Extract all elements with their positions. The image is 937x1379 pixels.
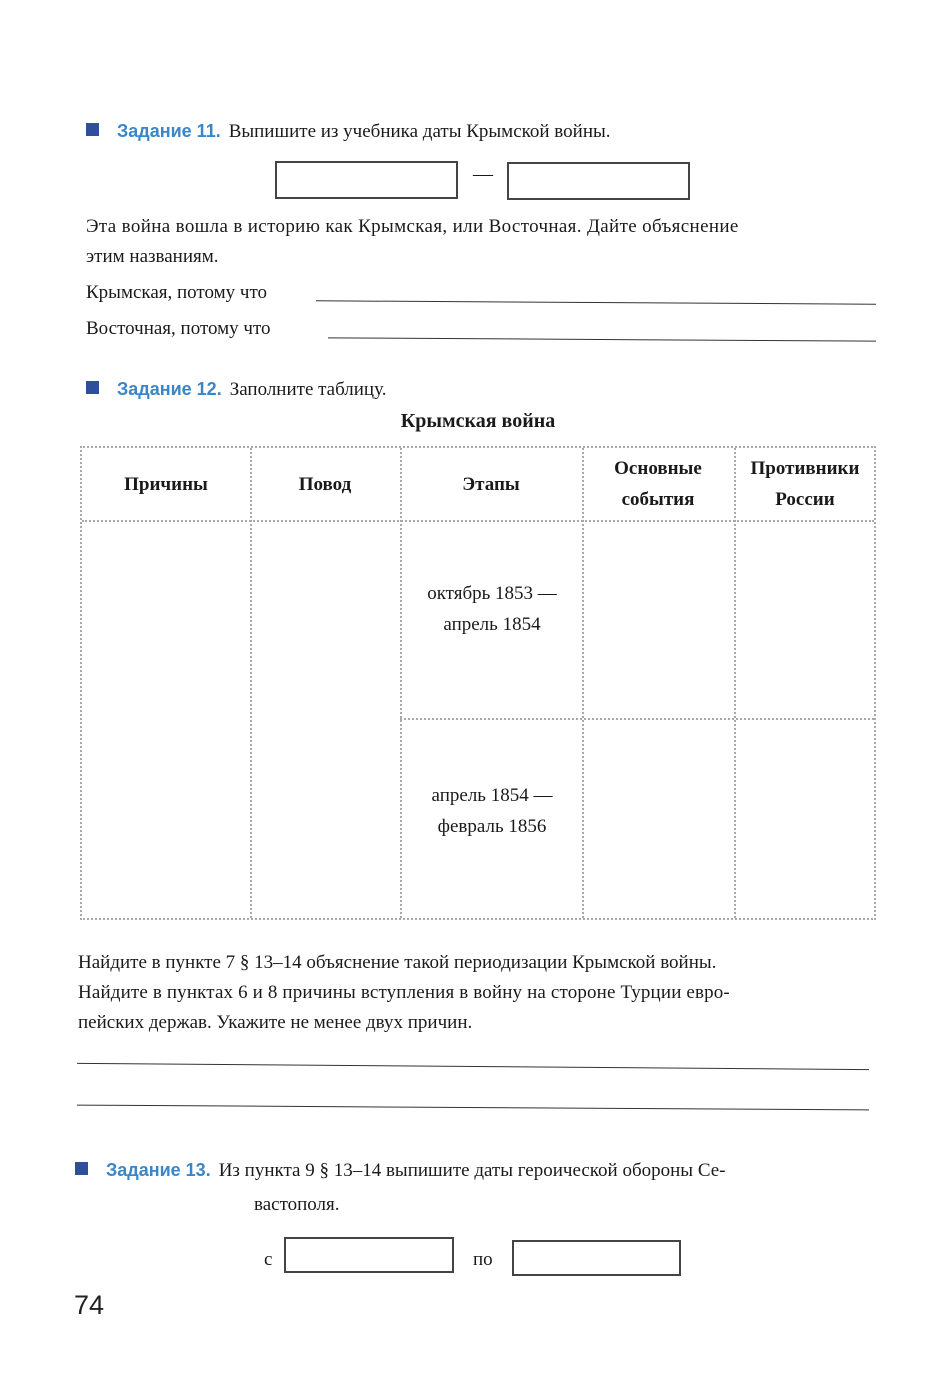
names-paragraph-line2: этим названиям. (86, 242, 886, 272)
instructions-line2: Найдите в пунктах 6 и 8 причины вступлен… (78, 978, 878, 1008)
task-12-label: Задание 12. (117, 379, 222, 399)
cell-opponents-stage-1[interactable] (736, 522, 876, 718)
column-header-stages: Этапы (400, 448, 582, 520)
defense-start-date-box[interactable] (284, 1237, 454, 1273)
task-12-instruction: Заполните таблицу. (230, 379, 387, 400)
task-13-instruction: Из пункта 9 § 13–14 выпишите даты героич… (219, 1160, 726, 1181)
page-number: 74 (74, 1290, 104, 1321)
task-11-label: Задание 11. (117, 121, 221, 141)
square-bullet-icon (75, 1162, 88, 1175)
periodization-instructions: Найдите в пункте 7 § 13–14 объяснение та… (78, 948, 878, 1038)
instructions-line1: Найдите в пункте 7 § 13–14 объяснение та… (78, 948, 878, 978)
answer-line-1[interactable] (77, 1063, 869, 1070)
defense-end-date-box[interactable] (512, 1240, 681, 1276)
stage-1: октябрь 1853 —апрель 1854 (402, 578, 582, 640)
date-dash: — (473, 163, 493, 186)
eastern-answer-line[interactable] (328, 337, 876, 341)
task-13-heading: Задание 13.Из пункта 9 § 13–14 выпишите … (75, 1160, 726, 1182)
square-bullet-icon (86, 123, 99, 136)
cell-events-stage-1[interactable] (584, 522, 734, 718)
column-header-main-events: Основныесобытия (582, 448, 734, 520)
cell-events-stage-2[interactable] (584, 720, 734, 918)
column-header-opponents: ПротивникиРоссии (734, 448, 876, 520)
task-13-instruction-cont: вастополя. (254, 1190, 340, 1220)
stage-2: апрель 1854 —февраль 1856 (402, 780, 582, 842)
crimean-answer-line[interactable] (316, 300, 876, 304)
war-end-date-box[interactable] (507, 162, 690, 200)
table-title: Крымская война (80, 410, 876, 433)
cell-causes[interactable] (82, 522, 250, 918)
task-11-instruction: Выпишите из учебника даты Крымской войны… (229, 121, 611, 142)
instructions-line3: пейских держав. Укажите не менее двух пр… (78, 1008, 878, 1038)
answer-line-2[interactable] (77, 1105, 869, 1111)
square-bullet-icon (86, 381, 99, 394)
task-11-heading: Задание 11.Выпишите из учебника даты Кры… (86, 121, 611, 143)
task-13-label: Задание 13. (106, 1160, 211, 1180)
names-paragraph: Эта война вошла в историю как Крымская, … (86, 212, 886, 272)
names-paragraph-line1: Эта война вошла в историю как Крымская, … (86, 212, 886, 242)
crimean-war-table: Причины Повод Этапы Основныесобытия Прот… (80, 446, 876, 920)
eastern-prompt: Восточная, потому что (86, 314, 271, 344)
to-label: по (473, 1245, 493, 1275)
task-12-heading: Задание 12.Заполните таблицу. (86, 379, 386, 401)
crimean-prompt: Крымская, потому что (86, 278, 267, 308)
from-label: с (264, 1245, 272, 1275)
column-header-causes: Причины (82, 448, 250, 520)
column-header-pretext: Повод (250, 448, 400, 520)
cell-opponents-stage-2[interactable] (736, 720, 876, 918)
cell-pretext[interactable] (252, 522, 400, 918)
war-start-date-box[interactable] (275, 161, 458, 199)
